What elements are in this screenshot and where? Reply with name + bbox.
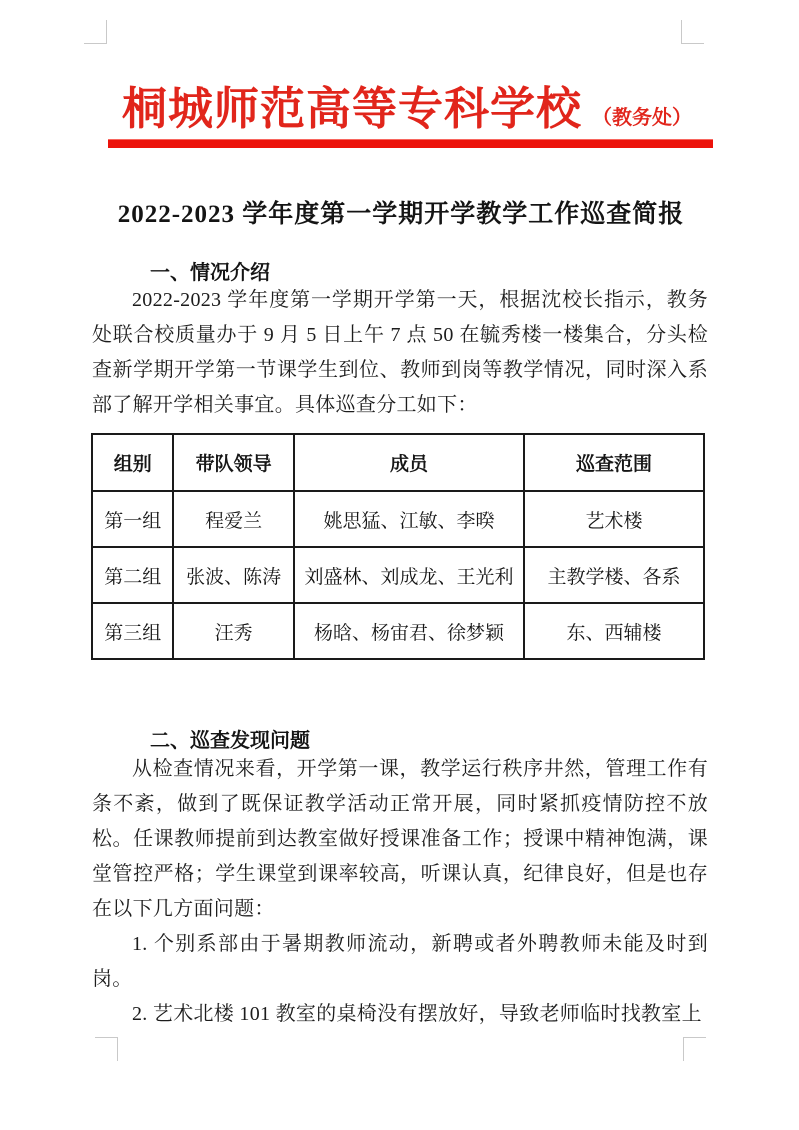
table-row: 第三组 汪秀 杨晗、杨宙君、徐梦颖 东、西辅楼 — [92, 603, 704, 659]
table-row: 第一组 程爱兰 姚思猛、江敏、李暌 艺术楼 — [92, 491, 704, 547]
issue-item-2: 2. 艺术北楼 101 教室的桌椅没有摆放好，导致老师临时找教室上 — [92, 997, 708, 1032]
letterhead-divider-rule — [108, 139, 713, 148]
inspection-assignment-table: 组别 带队领导 成员 巡查范围 第一组 程爱兰 姚思猛、江敏、李暌 艺术楼 第二… — [91, 433, 705, 660]
document-page: 桐城师范高等专科学校 （教务处） 2022-2023 学年度第一学期开学教学工作… — [0, 0, 799, 1130]
school-name: 桐城师范高等专科学校 — [122, 72, 582, 137]
table-row: 第二组 张波、陈涛 刘盛林、刘成龙、王光利 主教学楼、各系 — [92, 547, 704, 603]
department-name: （教务处） — [592, 101, 692, 130]
section2-paragraph: 从检查情况来看，开学第一课，教学运行秩序井然，管理工作有条不紊，做到了既保证教学… — [92, 752, 708, 927]
cell-group: 第三组 — [92, 603, 173, 659]
cell-leader: 汪秀 — [173, 603, 294, 659]
cell-members: 刘盛林、刘成龙、王光利 — [294, 547, 524, 603]
cell-scope: 艺术楼 — [524, 491, 704, 547]
cell-leader: 张波、陈涛 — [173, 547, 294, 603]
column-header-leader: 带队领导 — [173, 434, 294, 491]
crop-mark-top-left — [84, 20, 107, 44]
table-header-row: 组别 带队领导 成员 巡查范围 — [92, 434, 704, 491]
column-header-members: 成员 — [294, 434, 524, 491]
document-title: 2022-2023 学年度第一学期开学教学工作巡查简报 — [92, 194, 710, 230]
cell-group: 第二组 — [92, 547, 173, 603]
cell-group: 第一组 — [92, 491, 173, 547]
crop-mark-bottom-left — [95, 1037, 118, 1061]
letterhead: 桐城师范高等专科学校 （教务处） — [122, 72, 722, 137]
issue-item-1: 1. 个别系部由于暑期教师流动，新聘或者外聘教师未能及时到岗。 — [92, 927, 708, 997]
cell-scope: 东、西辅楼 — [524, 603, 704, 659]
cell-leader: 程爱兰 — [173, 491, 294, 547]
cell-members: 姚思猛、江敏、李暌 — [294, 491, 524, 547]
crop-mark-bottom-right — [683, 1037, 706, 1061]
section1-heading: 一、情况介绍 — [150, 256, 710, 285]
crop-mark-top-right — [681, 20, 704, 44]
column-header-scope: 巡查范围 — [524, 434, 704, 491]
section2-heading: 二、巡查发现问题 — [150, 724, 710, 753]
cell-scope: 主教学楼、各系 — [524, 547, 704, 603]
section1-paragraph: 2022-2023 学年度第一学期开学第一天，根据沈校长指示，教务处联合校质量办… — [92, 283, 708, 423]
column-header-group: 组别 — [92, 434, 173, 491]
cell-members: 杨晗、杨宙君、徐梦颖 — [294, 603, 524, 659]
